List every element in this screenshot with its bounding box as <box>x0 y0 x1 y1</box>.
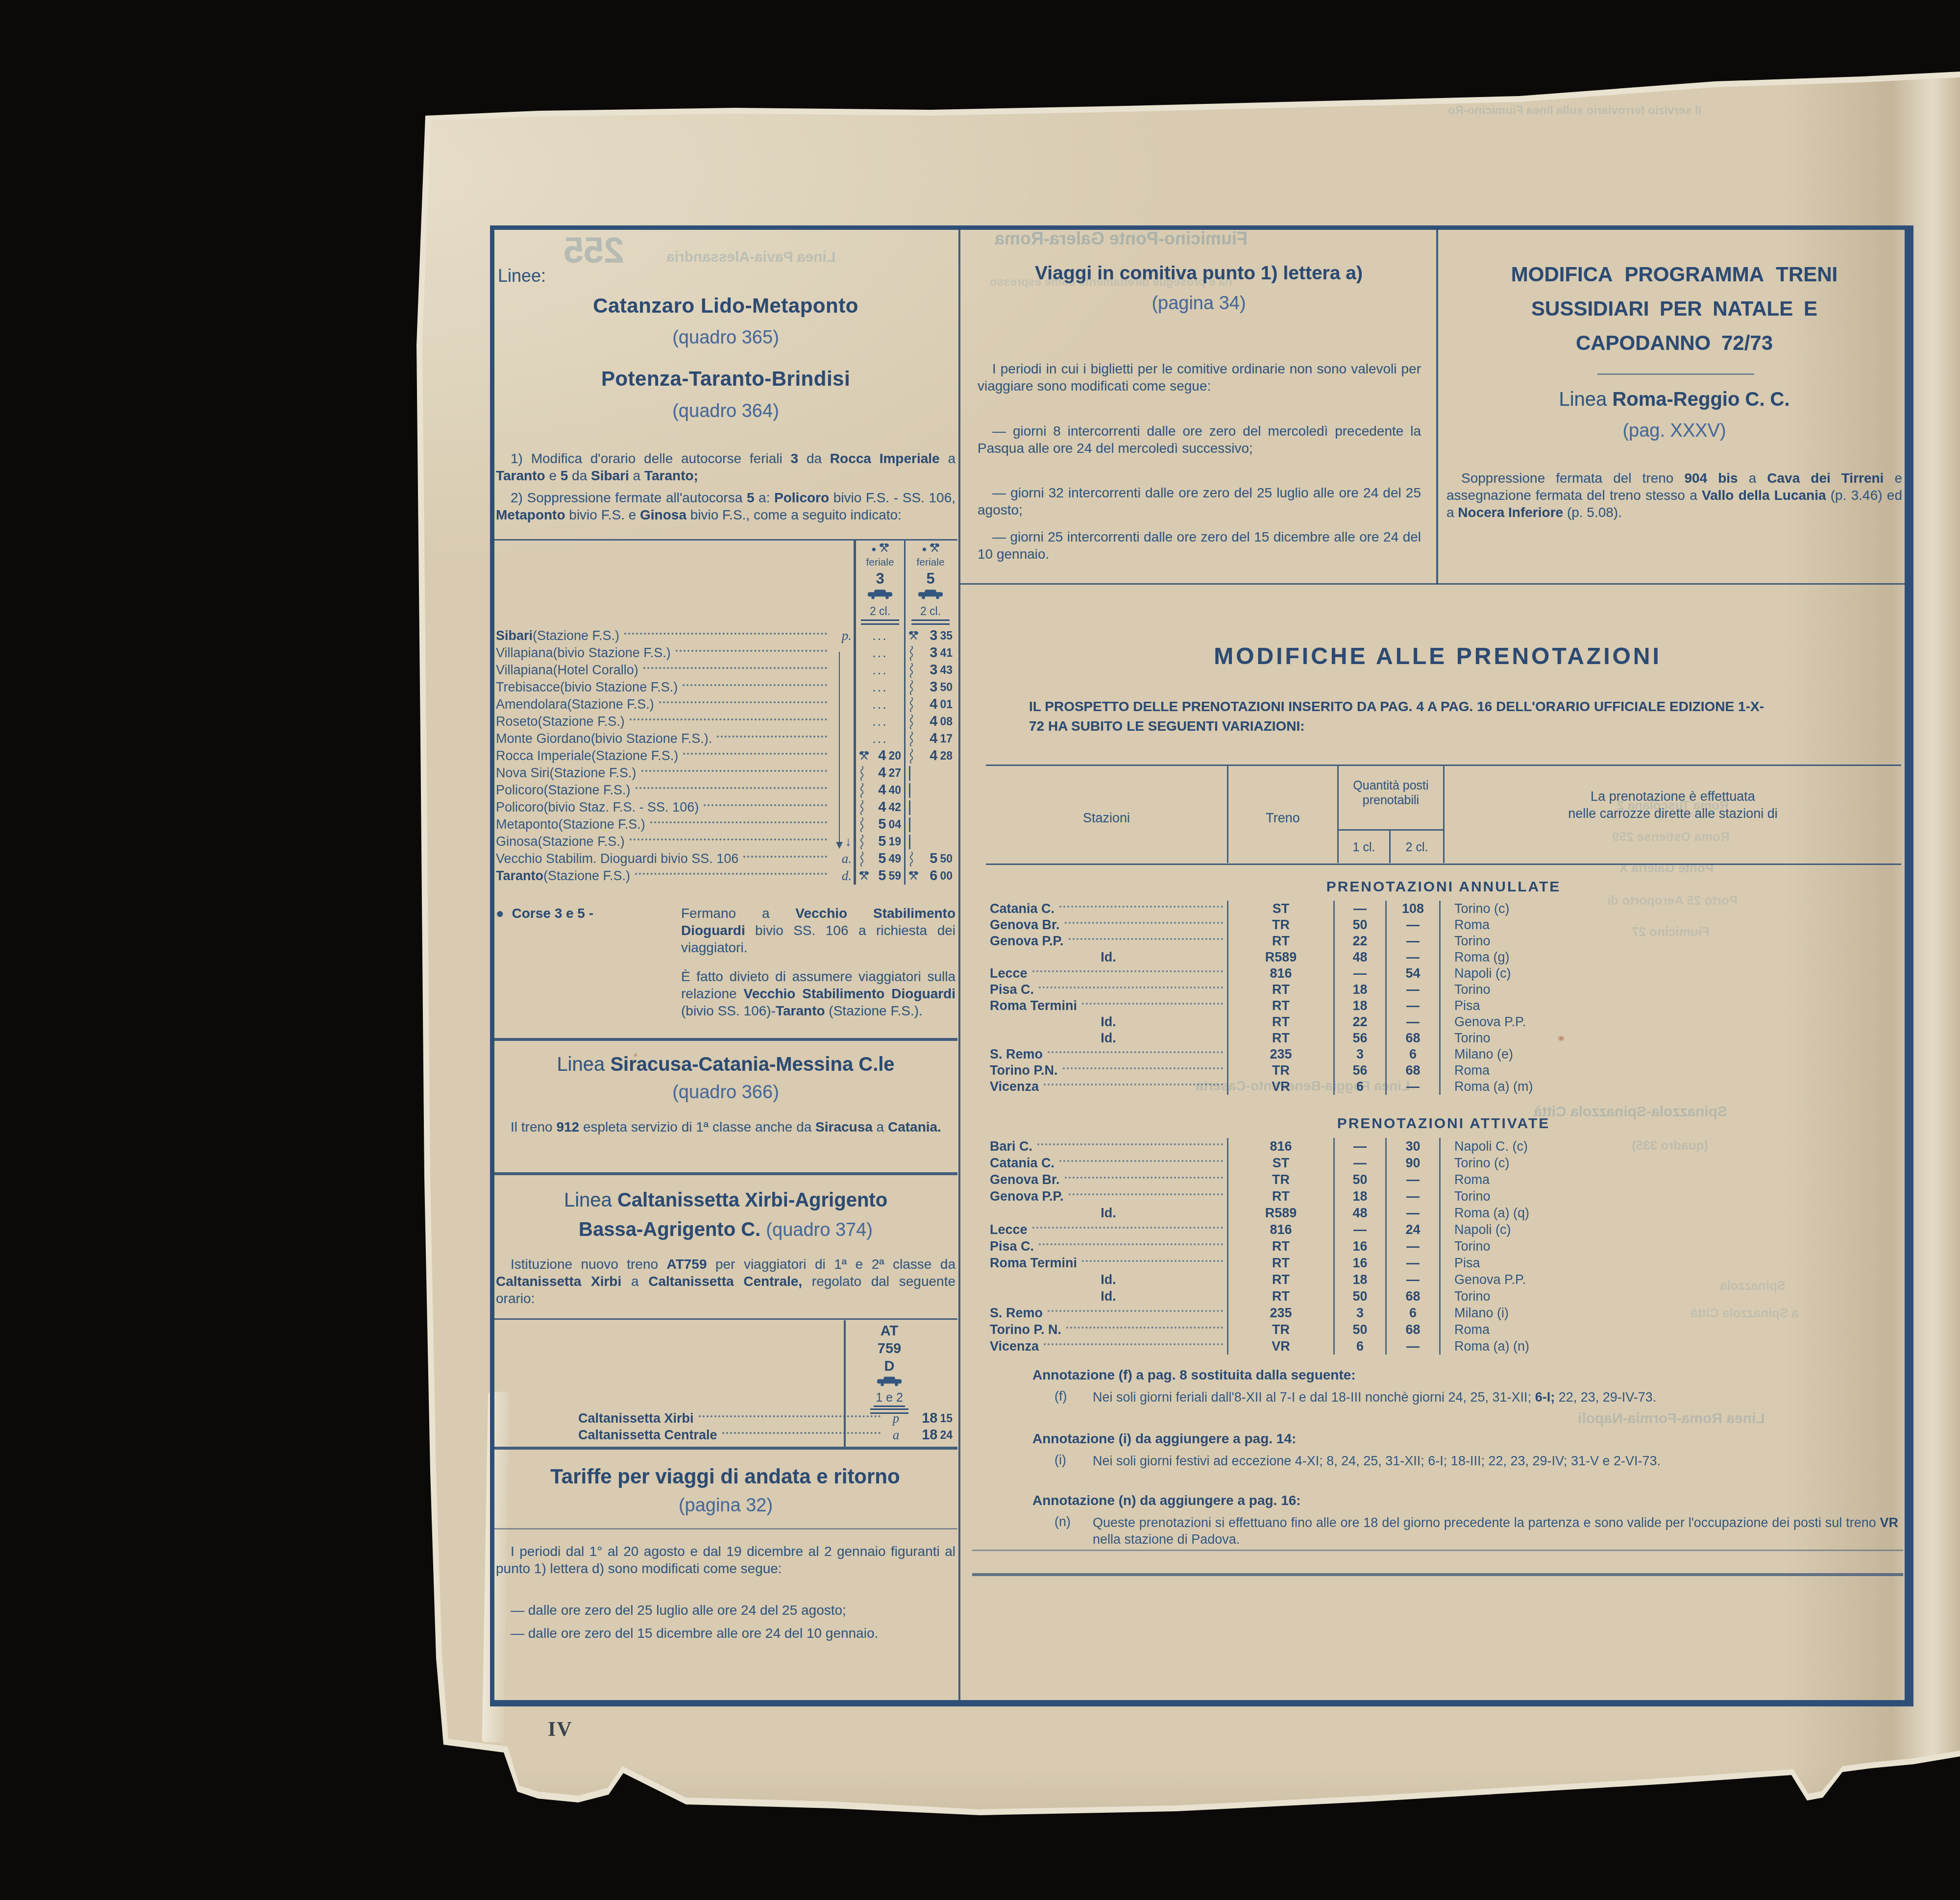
timetable-row: Taranto (Stazione F.S.)d.559600 <box>496 867 955 885</box>
timetable-row: Trebisacce (bivio Stazione F.S.)...350 <box>496 679 955 696</box>
dot-leader <box>624 633 827 635</box>
top-band-divider <box>959 583 1908 585</box>
tariffe-rule <box>493 1528 957 1530</box>
continuation-squiggle-icon <box>859 766 864 781</box>
dot-leader <box>683 753 827 755</box>
page-number: IV <box>548 1718 573 1741</box>
reservation-row: Roma TerminiRT16—Pisa <box>986 1255 1901 1271</box>
scan-background: 255Linea Pavia-AlessandriaFiumicino-Pont… <box>0 0 1960 1900</box>
dot-leader <box>1032 970 1223 972</box>
dot-leader <box>1044 1084 1223 1086</box>
timetable-row: Sibari (Stazione F.S.)p....335 <box>496 627 955 644</box>
col-header-treno: Treno <box>1228 810 1337 827</box>
continuation-squiggle-icon <box>909 646 914 661</box>
mini-table-top-rule <box>493 1318 957 1320</box>
annotation-n-head: Annotazione (n) da aggiungere a pag. 16: <box>1032 1493 1903 1508</box>
reservation-row: S. Remo23536Milano (e) <box>986 1046 1901 1062</box>
annotation-f-head: Annotazione (f) a pag. 8 sostituita dall… <box>1032 1367 1903 1383</box>
timetable-row: Rocca Imperiale (Stazione F.S.)420428 <box>496 747 955 765</box>
dot-leader <box>1066 1327 1223 1329</box>
dot-leader <box>743 856 827 858</box>
mini-timetable-row: Caltanissetta Xirbip1815 <box>578 1410 955 1427</box>
timetable-row: Villapiana (bivio Stazione F.S.)...341 <box>496 644 955 662</box>
reservation-row: Torino P. N.TR5068Roma <box>986 1321 1901 1338</box>
annotation-n-body: Queste prenotazioni si effettuano fino a… <box>1093 1514 1903 1548</box>
dot-leader <box>1069 938 1223 940</box>
attivate-table: Bari C.816—30Napoli C. (c)Catania C.ST—9… <box>986 1138 1901 1355</box>
timetable-row: Roseto (Stazione F.S.)...408 <box>496 713 955 730</box>
col-header-quantita: Quantità postiprenotabili <box>1339 778 1443 808</box>
bus-icon <box>877 1376 902 1387</box>
corse-note-p2: È fatto divieto di assumere viaggiatori … <box>681 968 955 1019</box>
comitiva-bullet-1: — giorni 8 intercorrenti dalle ore zero … <box>978 422 1421 457</box>
dot-leader <box>676 650 827 652</box>
service-dot-icon: ● <box>871 544 876 554</box>
modifica-programma-title-1: MODIFICA PROGRAMMA TRENI <box>1446 266 1902 283</box>
dot-leader <box>643 667 827 669</box>
dot-leader <box>635 873 827 875</box>
bleed-through-text: Il servizio ferroviario sulla linea Fium… <box>1448 104 1701 118</box>
modifica-orario-note: 1) Modifica d'orario delle autocorse fer… <box>496 450 955 484</box>
annotation-f-tag: (f) <box>1054 1389 1093 1406</box>
comitiva-bullet-2: — giorni 32 intercorrenti dalle ore zero… <box>978 484 1421 518</box>
crossed-hammers-icon <box>930 543 939 555</box>
tariffe-pagina-32: (pagina 32) <box>496 1497 955 1514</box>
station-timetable: Sibari (Stazione F.S.)p....335Villapiana… <box>496 627 955 885</box>
reservation-row: Pisa C.RT16—Torino <box>986 1238 1901 1255</box>
annullate-title: PRENOTAZIONI ANNULLATE <box>986 879 1901 895</box>
qta-sub-rule <box>1339 829 1443 831</box>
modifica-programma-title-2: SUSSIDIARI PER NATALE E <box>1446 300 1902 317</box>
dot-leader <box>1065 922 1223 924</box>
down-arrow-icon <box>836 842 843 849</box>
crossed-hammers-icon <box>909 631 918 641</box>
annotation-i: Annotazione (i) da aggiungere a pag. 14:… <box>986 1431 1903 1469</box>
line-title-caltanissetta-2: Bassa-Agrigento C. (quadro 374) <box>496 1221 955 1239</box>
reservation-row: Id.RT5668Torino <box>986 1030 1901 1046</box>
mini-timetable-row: Caltanissetta Centralea1824 <box>578 1427 955 1443</box>
bus-icon <box>867 589 893 602</box>
reservation-row: Genova P.P.RT22—Torino <box>986 933 1901 949</box>
annotation-f: Annotazione (f) a pag. 8 sostituita dall… <box>986 1367 1903 1406</box>
annotation-i-head: Annotazione (i) da aggiungere a pag. 14: <box>1032 1431 1903 1447</box>
dot-leader <box>717 736 827 738</box>
double-rule <box>861 619 899 625</box>
annullate-table: Catania C.ST—108Torino (c)Genova Br.TR50… <box>986 901 1901 1095</box>
corse-note-head: Corse 3 e 5 - <box>512 906 593 921</box>
treno-912-note: Il treno 912 espleta servizio di 1ª clas… <box>496 1118 955 1135</box>
dot-leader <box>1063 1067 1223 1069</box>
soppressione-fermate-note: 2) Soppressione fermate all'autocorsa 5 … <box>496 489 955 523</box>
continuation-squiggle-icon <box>909 680 914 695</box>
reservation-row: Id.R58948—Roma (g) <box>986 949 1901 965</box>
dot-leader <box>1082 1260 1223 1262</box>
col-header-stazioni: Stazioni <box>986 810 1227 827</box>
reservation-row: Id.RT5068Torino <box>986 1288 1901 1305</box>
timetable-row: Ginosa (Stazione F.S.)↓519 <box>496 833 955 850</box>
dot-leader <box>1048 1310 1223 1312</box>
tariffe-title: Tariffe per viaggi di andata e ritorno <box>493 1468 957 1485</box>
dot-leader <box>1032 1227 1223 1229</box>
dot-leader <box>1037 1143 1223 1145</box>
bus-icon <box>877 1376 902 1389</box>
feriale-label: feriale <box>916 557 944 568</box>
bus-icon <box>867 589 893 600</box>
continuation-squiggle-icon <box>909 732 914 746</box>
dot-leader <box>704 804 827 806</box>
continuation-squiggle-icon <box>909 697 914 712</box>
continuation-bar-icon <box>909 766 910 781</box>
dot-leader <box>659 701 827 703</box>
reservation-row: Torino P.N.TR5668Roma <box>986 1062 1901 1079</box>
dot-leader <box>683 684 827 686</box>
timetable-header: ● feriale 3 2 cl. ● feriale 5 2 cl. <box>496 541 955 627</box>
run-number: 5 <box>926 570 934 588</box>
reservation-row: Lecce816—54Napoli (c) <box>986 965 1901 982</box>
reservation-row: Genova Br.TR50—Roma <box>986 1171 1901 1188</box>
continuation-squiggle-icon <box>859 800 864 815</box>
dot-leader <box>1082 1003 1223 1005</box>
continuation-squiggle-icon <box>859 835 864 849</box>
comitiva-title: Viaggi in comitiva punto 1) lettera a) <box>972 265 1425 282</box>
tariffe-para: I periodi dal 1° al 20 agosto e dal 19 d… <box>496 1543 955 1577</box>
timetable-row: Amendolara (Stazione F.S.)...401 <box>496 696 955 713</box>
dot-leader <box>1039 987 1223 988</box>
continuation-squiggle-icon <box>859 852 864 866</box>
tariffe-bullet-1: — dalle ore zero del 25 luglio alle ore … <box>496 1602 955 1619</box>
reservation-row: Genova P.P.RT18—Torino <box>986 1188 1901 1205</box>
comitiva-bullet-3: — giorni 25 intercorrenti dalle ore zero… <box>978 528 1421 563</box>
reservation-row: Catania C.ST—90Torino (c) <box>986 1155 1901 1171</box>
timetable-row: Vecchio Stabilim. Dioguardi bivio SS. 10… <box>496 850 955 867</box>
dot-leader <box>1044 1343 1223 1345</box>
service-dot-icon: ● <box>922 544 927 554</box>
timetable-page: 255Linea Pavia-AlessandriaFiumicino-Pont… <box>0 0 1960 1900</box>
pag-xxxv: (pag. XXXV) <box>1446 422 1902 440</box>
timetable-row: Monte Giordano (bivio Stazione F.S.)....… <box>496 730 955 747</box>
timetable-row: Policoro (bivio Staz. F.S. - SS. 106)442 <box>496 799 955 816</box>
bus-icon <box>918 589 943 602</box>
dot-leader <box>1059 1160 1223 1162</box>
crossed-hammers-icon <box>880 543 889 553</box>
continuation-bar-icon <box>909 835 910 849</box>
continuation-squiggle-icon <box>859 817 864 832</box>
class-label: 2 cl. <box>870 605 890 618</box>
through-route-arrow <box>839 652 840 843</box>
section-rule <box>493 1172 957 1175</box>
dot-leader <box>1039 1243 1223 1245</box>
timetable-row: Nova Siri (Stazione F.S.)427 <box>496 765 955 782</box>
pren-bottom-rule-thin <box>972 1550 1903 1551</box>
reservation-row: Pisa C.RT18—Torino <box>986 982 1901 998</box>
dot-leader <box>1048 1051 1223 1053</box>
col-header-2cl: 2 cl. <box>1391 839 1443 856</box>
timetable-row: Villapiana (Hotel Corallo)...343 <box>496 662 955 679</box>
linea-roma-reggio: Linea Roma-Reggio C. C. <box>1446 391 1902 408</box>
dot-leader <box>641 770 827 772</box>
line-title-catanzaro: Catanzaro Lido-Metaponto <box>496 297 955 314</box>
timetable-row: Policoro (Stazione F.S.)440 <box>496 782 955 799</box>
linee-label: Linee: <box>498 267 546 284</box>
double-rule <box>911 619 950 625</box>
corse-note-p1: Fermano a Vecchio Stabilimento Dioguardi… <box>681 905 955 956</box>
reservation-row: Roma TerminiRT18—Pisa <box>986 998 1901 1014</box>
annotation-n-tag: (n) <box>1054 1514 1093 1548</box>
section-rule <box>493 1447 957 1450</box>
annotation-i-body: Nei soli giorni festivi ad eccezione 4-X… <box>1093 1453 1903 1469</box>
soppressione-904bis-note: Soppressione fermata del treno 904 bis a… <box>1446 469 1902 521</box>
reservation-row: Id.R58948—Roma (a) (q) <box>986 1205 1901 1221</box>
dot-leader <box>1065 1177 1223 1179</box>
reservation-row: S. Remo23536Milano (i) <box>986 1305 1901 1321</box>
tariffe-bullet-2: — dalle ore zero del 15 dicembre alle or… <box>496 1625 955 1642</box>
continuation-bar-icon <box>909 783 910 798</box>
section-rule <box>493 1038 957 1041</box>
at759-note: Istituzione nuovo treno AT759 per viaggi… <box>496 1256 955 1307</box>
dot-leader <box>722 1432 881 1434</box>
prenotazioni-intro: IL PROSPETTO DELLE PRENOTAZIONI INSERITO… <box>1029 697 1764 736</box>
continuation-bar-icon <box>909 800 910 815</box>
continuation-squiggle-icon <box>909 749 914 764</box>
crossed-hammers-icon <box>930 543 939 553</box>
dot-leader <box>650 821 827 823</box>
corse-note-label: ● Corse 3 e 5 - <box>496 905 672 922</box>
feriale-label: feriale <box>866 557 894 568</box>
run-number: 3 <box>876 570 884 588</box>
line-quadro-364: (quadro 364) <box>496 403 955 420</box>
reservation-row: Id.RT18—Genova P.P. <box>986 1271 1901 1288</box>
modifica-programma-title-3: CAPODANNO 72/73 <box>1446 334 1902 351</box>
annotation-f-body: Nei soli giorni feriali dall'8-XII al 7-… <box>1093 1389 1903 1406</box>
continuation-squiggle-icon <box>909 852 914 866</box>
class-label: 2 cl. <box>920 605 941 618</box>
reservation-row: Id.RT22—Genova P.P. <box>986 1014 1901 1030</box>
title-underline <box>1597 373 1754 375</box>
crossed-hammers-icon <box>880 543 889 555</box>
dot-leader <box>1059 906 1223 908</box>
dot-leader <box>630 718 827 720</box>
mini-table-header: AT 759 D 1 e 2 <box>853 1323 926 1414</box>
line-quadro-365: (quadro 365) <box>496 329 955 346</box>
reservation-row: Catania C.ST—108Torino (c) <box>986 901 1901 917</box>
crossed-hammers-icon <box>909 871 918 881</box>
col-header-1cl: 1 cl. <box>1339 839 1389 856</box>
bus-icon <box>918 589 943 600</box>
line-title-caltanissetta-1: Linea Caltanissetta Xirbi-Agrigento <box>496 1192 955 1209</box>
annotation-i-tag: (i) <box>1054 1453 1093 1469</box>
crossed-hammers-icon <box>859 871 869 881</box>
reservation-row: VicenzaVR6—Roma (a) (n) <box>986 1338 1901 1355</box>
reservation-row: VicenzaVR6—Roma (a) (m) <box>986 1079 1901 1095</box>
dot-leader <box>699 1415 881 1417</box>
reservation-row: Bari C.816—30Napoli C. (c) <box>986 1138 1901 1155</box>
prenotazioni-title: MODIFICHE ALLE PRENOTAZIONI <box>972 648 1903 665</box>
column-divider-left <box>958 226 960 1702</box>
reservation-row: Genova Br.TR50—Roma <box>986 917 1901 933</box>
bullet-icon: ● <box>496 906 504 921</box>
attivate-title: PRENOTAZIONI ATTIVATE <box>986 1115 1901 1132</box>
dot-leader <box>630 839 827 840</box>
continuation-squiggle-icon <box>859 783 864 798</box>
bleed-through-text: Linea (Stazione elettrica) <box>1460 70 1622 85</box>
class-label: 1 e 2 <box>874 1391 905 1407</box>
column-divider-right <box>1436 226 1438 584</box>
continuation-bar-icon <box>909 817 910 832</box>
continuation-squiggle-icon <box>909 715 914 729</box>
comitiva-pagina-34: (pagina 34) <box>972 295 1425 312</box>
line-quadro-366: (quadro 366) <box>496 1084 955 1101</box>
continuation-squiggle-icon <box>909 663 914 678</box>
col-header-destinazioni: La prenotazione è effettuatanelle carroz… <box>1445 788 1901 822</box>
line-title-potenza: Potenza-Taranto-Brindisi <box>496 370 955 387</box>
dot-leader <box>1069 1193 1223 1195</box>
dot-leader <box>636 787 827 789</box>
pren-header-bottom-rule <box>986 864 1901 865</box>
crossed-hammers-icon <box>859 751 869 761</box>
comitiva-para: I periodi in cui i biglietti per le comi… <box>978 360 1421 395</box>
reservation-row: Lecce816—24Napoli (c) <box>986 1221 1901 1238</box>
pren-bottom-rule-heavy <box>972 1573 1903 1576</box>
annotation-n: Annotazione (n) da aggiungere a pag. 16:… <box>986 1493 1903 1548</box>
line-title-siracusa: Linea Siracusa-Catania-Messina C.le <box>496 1056 955 1073</box>
timetable-row: Metaponto (Stazione F.S.)504 <box>496 816 955 833</box>
